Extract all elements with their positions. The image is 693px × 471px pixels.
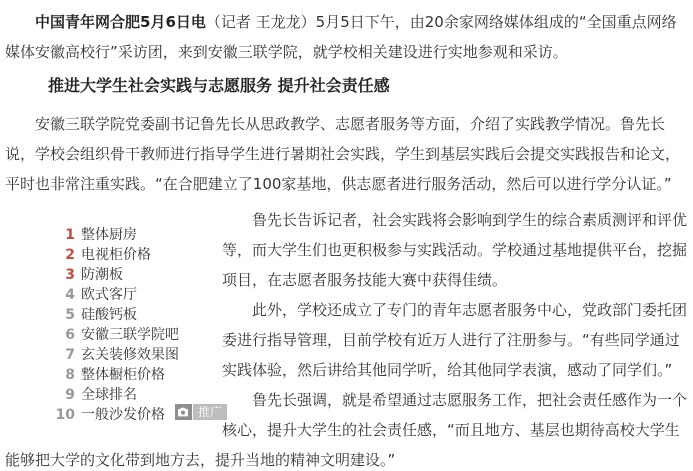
rank-number: 3 xyxy=(5,265,75,285)
hot-search-item[interactable]: 2电视柜价格 xyxy=(5,245,218,265)
hot-search-item[interactable]: 7玄关装修效果图 xyxy=(5,345,218,365)
rank-number: 1 xyxy=(5,225,75,245)
rank-number: 6 xyxy=(5,325,75,345)
image-ad-icon xyxy=(175,404,192,420)
hot-search-link[interactable]: 防潮板 xyxy=(81,267,123,283)
paragraph-practice-intro: 安徽三联学院党委副书记鲁先长从思政教学、志愿者服务等方面，介绍了实践教学情况。鲁… xyxy=(5,109,688,199)
hot-search-link[interactable]: 硅酸钙板 xyxy=(81,307,137,323)
article-page: 中国青年网合肥5月6日电（记者 王龙龙）5月5日下午，由20余家网络媒体组成的“… xyxy=(0,0,693,471)
rank-number: 4 xyxy=(5,285,75,305)
hot-search-item[interactable]: 5硅酸钙板 xyxy=(5,305,218,325)
section-heading: 推进大学生社会实践与志愿服务 提升社会责任感 xyxy=(5,71,688,101)
rank-number: 10 xyxy=(5,405,75,425)
hot-search-item[interactable]: 3防潮板 xyxy=(5,265,218,285)
hot-search-item[interactable]: 6安徽三联学院吧 xyxy=(5,325,218,345)
hot-search-link[interactable]: 安徽三联学院吧 xyxy=(81,327,179,343)
hot-search-item[interactable]: 9全球排名 xyxy=(5,385,218,405)
lead-paragraph: 中国青年网合肥5月6日电（记者 王龙龙）5月5日下午，由20余家网络媒体组成的“… xyxy=(5,7,688,67)
hot-search-item[interactable]: 4欧式客厅 xyxy=(5,285,218,305)
dateline: 中国青年网合肥5月6日电 xyxy=(35,13,206,31)
hot-search-item[interactable]: 8整体橱柜价格 xyxy=(5,365,218,385)
hot-search-link[interactable]: 玄关装修效果图 xyxy=(81,347,179,363)
rank-number: 7 xyxy=(5,345,75,365)
rank-number: 8 xyxy=(5,365,75,385)
hot-search-link[interactable]: 一般沙发价格 xyxy=(81,407,165,423)
hot-search-item[interactable]: 1整体厨房 xyxy=(5,225,218,245)
ad-badge[interactable]: 推广 xyxy=(175,404,227,420)
hot-search-link[interactable]: 整体橱柜价格 xyxy=(81,367,165,383)
promoted-hot-search-list: 1整体厨房2电视柜价格3防潮板4欧式客厅5硅酸钙板6安徽三联学院吧7玄关装修效果… xyxy=(5,205,218,425)
rank-number: 5 xyxy=(5,305,75,325)
ad-badge-label: 推广 xyxy=(192,404,227,420)
hot-search-link[interactable]: 电视柜价格 xyxy=(81,247,151,263)
hot-search-link[interactable]: 整体厨房 xyxy=(81,227,137,243)
rank-number: 9 xyxy=(5,385,75,405)
hot-search-link[interactable]: 全球排名 xyxy=(81,387,137,403)
hot-search-rows: 1整体厨房2电视柜价格3防潮板4欧式客厅5硅酸钙板6安徽三联学院吧7玄关装修效果… xyxy=(5,225,218,425)
hot-search-link[interactable]: 欧式客厅 xyxy=(81,287,137,303)
rank-number: 2 xyxy=(5,245,75,265)
